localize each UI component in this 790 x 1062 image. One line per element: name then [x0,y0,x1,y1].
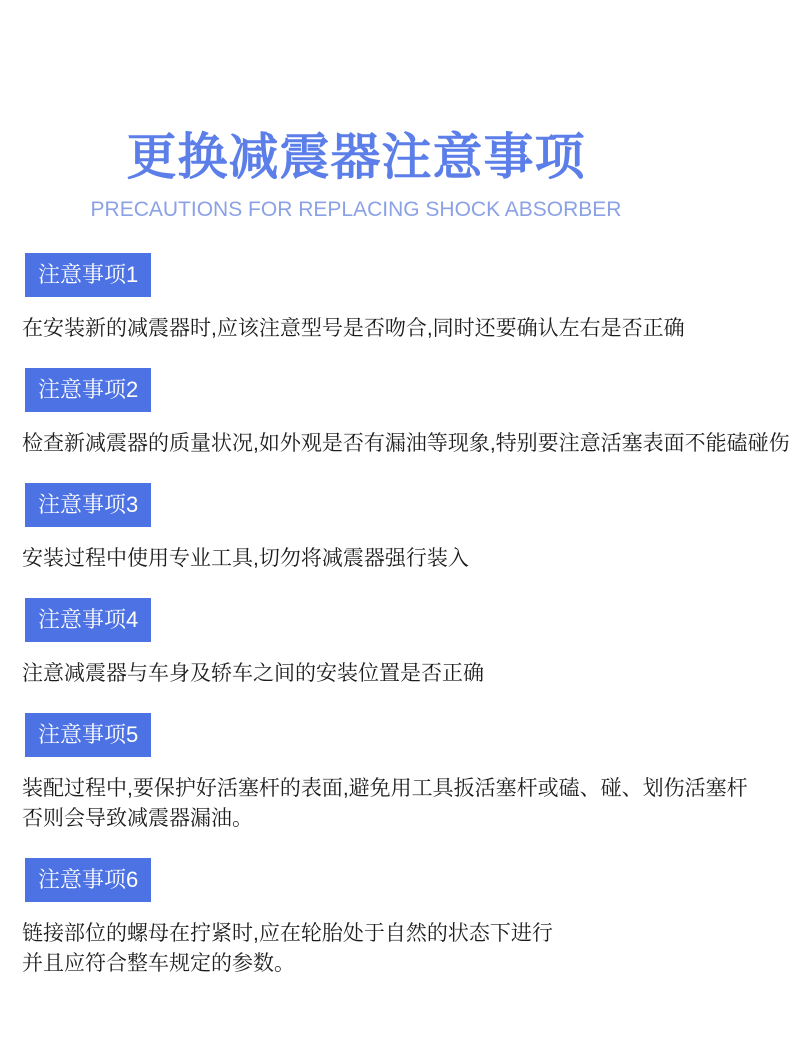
precaution-section-3: 注意事项3 安装过程中使用专业工具,切勿将减震器强行装入 [25,483,780,574]
precaution-text: 并且应符合整车规定的参数。 [22,949,780,979]
precaution-section-6: 注意事项6 链接部位的螺母在拧紧时,应在轮胎处于自然的状态下进行 并且应符合整车… [25,858,780,979]
precaution-section-4: 注意事项4 注意减震器与车身及轿车之间的安装位置是否正确 [25,598,780,689]
precaution-text: 注意减震器与车身及轿车之间的安装位置是否正确 [22,659,780,689]
page-title: 更换减震器注意事项 [0,126,712,188]
precaution-badge: 注意事项6 [25,858,151,902]
precaution-badge: 注意事项5 [25,713,151,757]
precaution-badge: 注意事项1 [25,253,151,297]
precaution-badge: 注意事项3 [25,483,151,527]
precaution-text: 链接部位的螺母在拧紧时,应在轮胎处于自然的状态下进行 [22,919,780,949]
precaution-badge: 注意事项4 [25,598,151,642]
precaution-badge: 注意事项2 [25,368,151,412]
header: 更换减震器注意事项 PRECAUTIONS FOR REPLACING SHOC… [0,0,712,224]
precautions-list: 注意事项1 在安装新的减震器时,应该注意型号是否吻合,同时还要确认左右是否正确 … [0,253,790,979]
precaution-text: 在安装新的减震器时,应该注意型号是否吻合,同时还要确认左右是否正确 [22,314,780,344]
precaution-text: 否则会导致减震器漏油。 [22,804,780,834]
page-subtitle: PRECAUTIONS FOR REPLACING SHOCK ABSORBER [0,196,712,224]
precaution-section-1: 注意事项1 在安装新的减震器时,应该注意型号是否吻合,同时还要确认左右是否正确 [25,253,780,344]
precaution-text: 检查新减震器的质量状况,如外观是否有漏油等现象,特别要注意活塞表面不能磕碰伤 [22,429,780,459]
precaution-text: 安装过程中使用专业工具,切勿将减震器强行装入 [22,544,780,574]
product-detail-page: 更换减震器注意事项 PRECAUTIONS FOR REPLACING SHOC… [0,0,790,1062]
precaution-section-2: 注意事项2 检查新减震器的质量状况,如外观是否有漏油等现象,特别要注意活塞表面不… [25,368,780,459]
precaution-section-5: 注意事项5 装配过程中,要保护好活塞杆的表面,避免用工具扳活塞杆或磕、碰、划伤活… [25,713,780,834]
precaution-text: 装配过程中,要保护好活塞杆的表面,避免用工具扳活塞杆或磕、碰、划伤活塞杆 [22,774,780,804]
